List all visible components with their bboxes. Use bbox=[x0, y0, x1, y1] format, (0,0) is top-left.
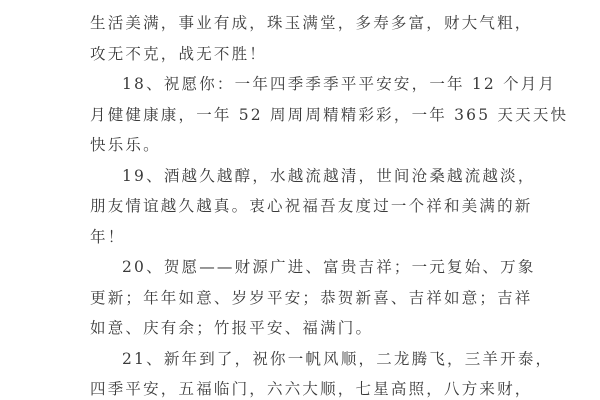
text-line: 年！ bbox=[90, 222, 490, 253]
text-line: 18、祝愿你：一年四季季季平平安安，一年 12 个月月 bbox=[90, 69, 490, 100]
text-line: 朋友情谊越久越真。衷心祝福吾友度过一个祥和美满的新 bbox=[90, 191, 490, 222]
paragraph-18: 18、祝愿你：一年四季季季平平安安，一年 12 个月月 月健健康康，一年 52 … bbox=[90, 69, 490, 161]
text-line: 月健健康康，一年 52 周周周精精彩彩，一年 365 天天天快 bbox=[90, 100, 490, 131]
paragraph-20: 20、贺愿——财源广进、富贵吉祥；一元复始、万象 更新；年年如意、岁岁平安；恭贺… bbox=[90, 252, 490, 344]
text-line: 四季平安，五福临门，六六大顺，七星高照，八方来财， bbox=[90, 374, 490, 400]
paragraph-21: 21、新年到了，祝你一帆风顺，二龙腾飞，三羊开泰， 四季平安，五福临门，六六大顺… bbox=[90, 344, 490, 400]
text-line: 19、酒越久越醇，水越流越清，世间沧桑越流越淡， bbox=[90, 161, 490, 192]
text-line: 生活美满，事业有成，珠玉满堂，多寿多富，财大气粗， bbox=[90, 8, 490, 39]
text-line: 攻无不克，战无不胜！ bbox=[90, 39, 490, 70]
document-body: 生活美满，事业有成，珠玉满堂，多寿多富，财大气粗， 攻无不克，战无不胜！ 18、… bbox=[90, 8, 490, 400]
text-line: 20、贺愿——财源广进、富贵吉祥；一元复始、万象 bbox=[90, 252, 490, 283]
text-line: 21、新年到了，祝你一帆风顺，二龙腾飞，三羊开泰， bbox=[90, 344, 490, 375]
paragraph-17-tail: 生活美满，事业有成，珠玉满堂，多寿多富，财大气粗， 攻无不克，战无不胜！ bbox=[90, 8, 490, 69]
paragraph-19: 19、酒越久越醇，水越流越清，世间沧桑越流越淡， 朋友情谊越久越真。衷心祝福吾友… bbox=[90, 161, 490, 253]
document-page: 生活美满，事业有成，珠玉满堂，多寿多富，财大气粗， 攻无不克，战无不胜！ 18、… bbox=[0, 0, 600, 400]
text-line: 快乐乐。 bbox=[90, 130, 490, 161]
text-line: 更新；年年如意、岁岁平安；恭贺新喜、吉祥如意；吉祥 bbox=[90, 283, 490, 314]
text-line: 如意、庆有余；竹报平安、福满门。 bbox=[90, 313, 490, 344]
